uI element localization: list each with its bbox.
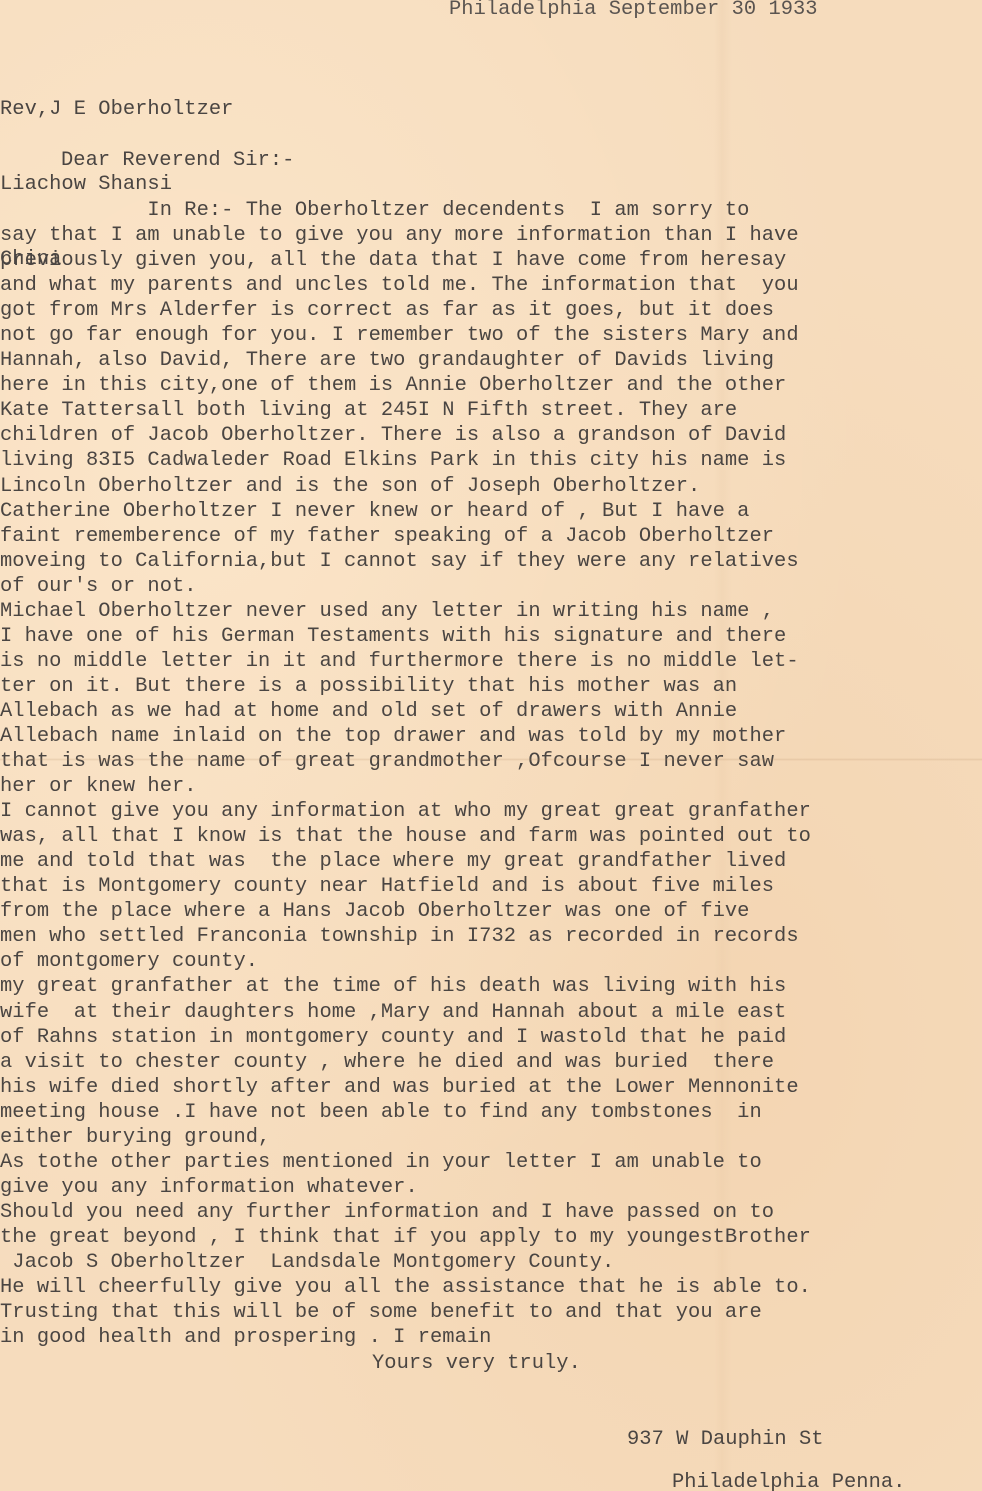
body-line: Hannah, also David, There are two granda… xyxy=(0,348,811,373)
sender-city: Philadelphia Penna. xyxy=(672,1470,905,1491)
typewritten-letter: Philadelphia September 30 1933 Rev,J E O… xyxy=(0,0,982,1491)
body-line: in good health and prospering . I remain xyxy=(0,1325,811,1350)
body-line: that is Montgomery county near Hatfield … xyxy=(0,874,811,899)
body-line: of our's or not. xyxy=(0,574,811,599)
body-line: that is was the name of great grandmothe… xyxy=(0,749,811,774)
body-line: not go far enough for you. I remember tw… xyxy=(0,323,811,348)
body-line: Catherine Oberholtzer I never knew or he… xyxy=(0,499,811,524)
body-line: say that I am unable to give you any mor… xyxy=(0,223,811,248)
body-line: Kate Tattersall both living at 245I N Fi… xyxy=(0,398,811,423)
body-line: of montgomery county. xyxy=(0,949,811,974)
sender-address: 937 W Dauphin St xyxy=(627,1427,824,1452)
body-line: faint rememberence of my father speaking… xyxy=(0,524,811,549)
body-line: from the place where a Hans Jacob Oberho… xyxy=(0,899,811,924)
body-line: me and told that was the place where my … xyxy=(0,849,811,874)
body-line: Jacob S Oberholtzer Landsdale Montgomery… xyxy=(0,1250,811,1275)
body-line: and what my parents and uncles told me. … xyxy=(0,273,811,298)
salutation: Dear Reverend Sir:- xyxy=(61,148,294,173)
body-line: I cannot give you any information at who… xyxy=(0,799,811,824)
dateline: Philadelphia September 30 1933 xyxy=(449,0,818,22)
body-line: ter on it. But there is a possibility th… xyxy=(0,674,811,699)
body-line: my great granfather at the time of his d… xyxy=(0,974,811,999)
body-line: the great beyond , I think that if you a… xyxy=(0,1225,811,1250)
body-line: moveing to California,but I cannot say i… xyxy=(0,549,811,574)
recipient-name: Rev,J E Oberholtzer xyxy=(0,97,233,122)
body-line: Trusting that this will be of some benef… xyxy=(0,1300,811,1325)
body-line: of Rahns station in montgomery county an… xyxy=(0,1025,811,1050)
body-line: here in this city,one of them is Annie O… xyxy=(0,373,811,398)
body-line: got from Mrs Alderfer is correct as far … xyxy=(0,298,811,323)
body-line: Michael Oberholtzer never used any lette… xyxy=(0,599,811,624)
body-line: give you any information whatever. xyxy=(0,1175,811,1200)
body-line: He will cheerfully give you all the assi… xyxy=(0,1275,811,1300)
body-line: In Re:- The Oberholtzer decendents I am … xyxy=(0,198,811,223)
body-line: her or knew her. xyxy=(0,774,811,799)
body-line: wife at their daughters home ,Mary and H… xyxy=(0,1000,811,1025)
body-line: I have one of his German Testaments with… xyxy=(0,624,811,649)
body-line: either burying ground, xyxy=(0,1125,811,1150)
body-line: is no middle letter in it and furthermor… xyxy=(0,649,811,674)
body-line: children of Jacob Oberholtzer. There is … xyxy=(0,423,811,448)
body-line: previously given you, all the data that … xyxy=(0,248,811,273)
paper-fold-crease xyxy=(0,758,982,761)
body-line: his wife died shortly after and was buri… xyxy=(0,1075,811,1100)
body-line: living 83I5 Cadwaleder Road Elkins Park … xyxy=(0,448,811,473)
recipient-location: Liachow Shansi xyxy=(0,172,233,197)
body-line: meeting house .I have not been able to f… xyxy=(0,1100,811,1125)
body-line: men who settled Franconia township in I7… xyxy=(0,924,811,949)
body-line: Allebach as we had at home and old set o… xyxy=(0,699,811,724)
body-line: a visit to chester county , where he die… xyxy=(0,1050,811,1075)
body-line: As tothe other parties mentioned in your… xyxy=(0,1150,811,1175)
body-line: was, all that I know is that the house a… xyxy=(0,824,811,849)
body-line: Should you need any further information … xyxy=(0,1200,811,1225)
body-line: Allebach name inlaid on the top drawer a… xyxy=(0,724,811,749)
closing: Yours very truly. xyxy=(372,1351,581,1376)
letter-body: In Re:- The Oberholtzer decendents I am … xyxy=(0,198,811,1350)
body-line: Lincoln Oberholtzer and is the son of Jo… xyxy=(0,474,811,499)
